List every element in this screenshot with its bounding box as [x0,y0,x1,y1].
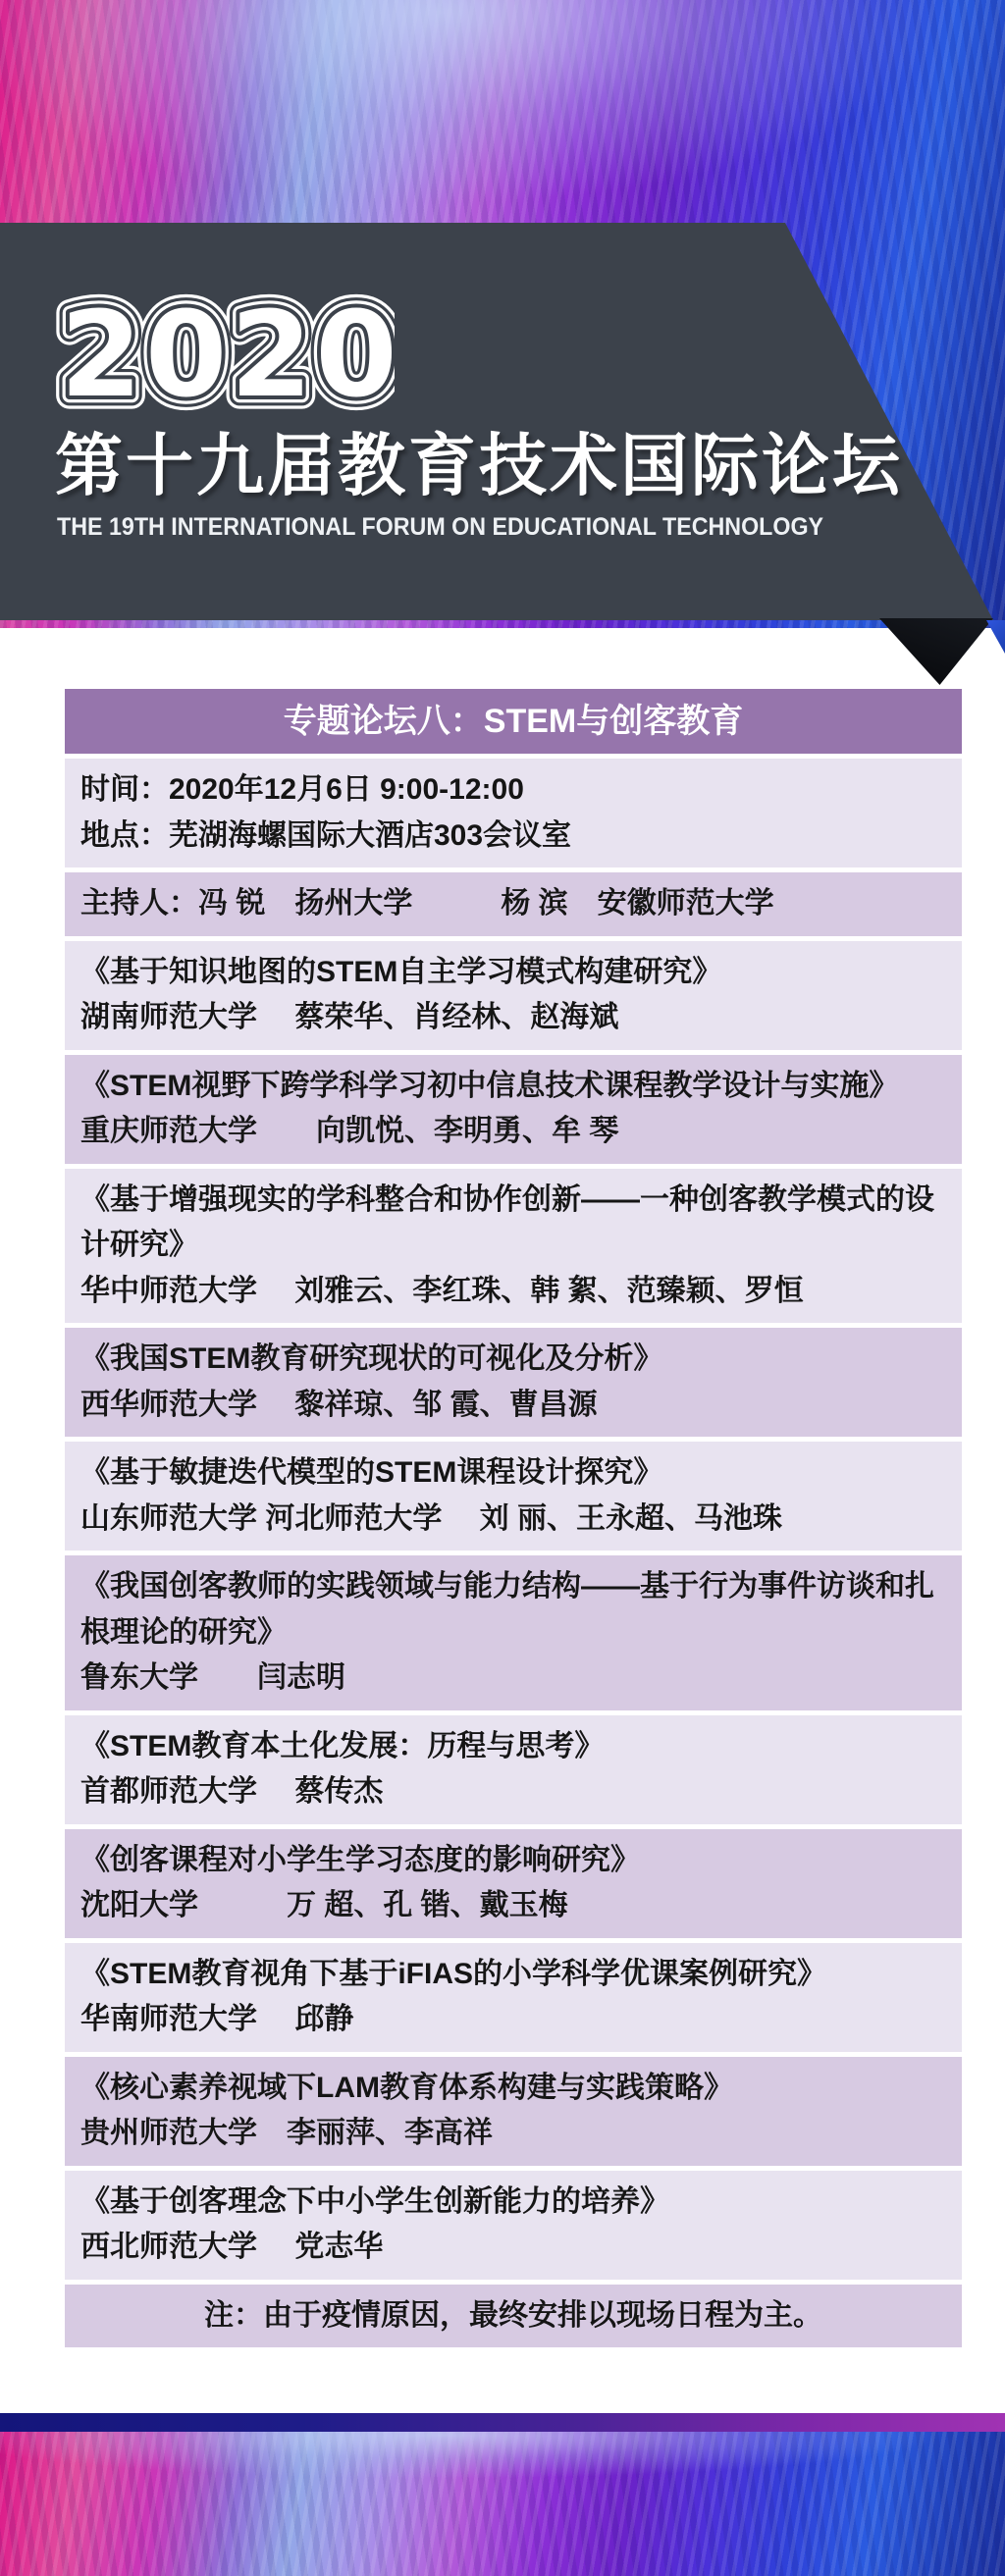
bottom-gradient-bar [0,2413,1005,2432]
session-time: 时间：2020年12月6日 9:00-12:00 [80,767,946,814]
band-fold-shadow [879,618,993,685]
presentation-title: 《基于创客理念下中小学生创新能力的培养》 [80,2180,946,2226]
abstract-art-bottom [0,2432,1005,2576]
presentation-authors: 华南师范大学 邱静 [80,1997,946,2043]
presentation-authors: 西北师范大学 党志华 [80,2225,946,2271]
presentation-authors: 重庆师范大学 向凯悦、李明勇、牟 琴 [80,1109,946,1155]
presentation-title: 《基于增强现实的学科整合和协作创新——一种创客教学模式的设计研究》 [80,1178,946,1269]
forum-title-cn: 第十九届教育技术国际论坛 [55,411,903,508]
presentation-authors: 贵州师范大学 李丽萍、李高祥 [80,2111,946,2157]
presentation-item: 《基于敏捷迭代模型的STEM课程设计探究》 山东师范大学 河北师范大学 刘 丽、… [65,1442,962,1551]
presentation-authors: 华中师范大学 刘雅云、李红珠、韩 絮、范臻颖、罗恒 [80,1269,946,1315]
forum-title-en: THE 19TH INTERNATIONAL FORUM ON EDUCATIO… [57,513,823,542]
presentation-title: 《创客课程对小学生学习态度的影响研究》 [80,1838,946,1884]
presentation-authors: 湖南师范大学 蔡荣华、肖经林、赵海斌 [80,995,946,1041]
poster: 2020 2020 2020 2020 2020 第十九届教育技术国际论坛 TH… [0,0,1005,2576]
session-info: 时间：2020年12月6日 9:00-12:00 地点：芜湖海螺国际大酒店303… [65,759,962,867]
presentation-authors: 沈阳大学 万 超、孔 锴、戴玉梅 [80,1883,946,1929]
presentation-item: 《基于创客理念下中小学生创新能力的培养》 西北师范大学 党志华 [65,2171,962,2280]
presentation-title: 《我国创客教师的实践领域与能力结构——基于行为事件访谈和扎根理论的研究》 [80,1564,946,1656]
presentation-item: 《核心素养视域下LAM教育体系构建与实践策略》 贵州师范大学 李丽萍、李高祥 [65,2057,962,2166]
year-text: 2020 [60,288,395,419]
presentation-authors: 西华师范大学 黎祥琼、邹 霞、曹昌源 [80,1383,946,1429]
note: 注：由于疫情原因，最终安排以现场日程为主。 [65,2285,962,2348]
presentation-title: 《我国STEM教育研究现状的可视化及分析》 [80,1337,946,1383]
presentation-item: 《STEM视野下跨学科学习初中信息技术课程教学设计与实施》 重庆师范大学 向凯悦… [65,1055,962,1164]
presentation-title: 《STEM教育本土化发展：历程与思考》 [80,1724,946,1770]
presentation-item: 《STEM教育本土化发展：历程与思考》 首都师范大学 蔡传杰 [65,1715,962,1824]
session-banner: 专题论坛八：STEM与创客教育 [65,689,962,754]
session-location: 地点：芜湖海螺国际大酒店303会议室 [80,814,946,860]
presentation-title: 《基于敏捷迭代模型的STEM课程设计探究》 [80,1450,946,1497]
presentation-item: 《STEM教育视角下基于iFIAS的小学科学优课案例研究》 华南师范大学 邱静 [65,1943,962,2052]
year-2020-logo: 2020 2020 2020 2020 2020 [49,286,395,419]
session-content: 专题论坛八：STEM与创客教育 时间：2020年12月6日 9:00-12:00… [65,689,962,2347]
presentation-authors: 鲁东大学 闫志明 [80,1656,946,1702]
presentation-item: 《基于增强现实的学科整合和协作创新——一种创客教学模式的设计研究》 华中师范大学… [65,1169,962,1324]
session-host: 主持人：冯 锐 扬州大学 杨 滨 安徽师范大学 [65,872,962,936]
presentation-item: 《创客课程对小学生学习态度的影响研究》 沈阳大学 万 超、孔 锴、戴玉梅 [65,1829,962,1938]
presentation-item: 《基于知识地图的STEM自主学习模式构建研究》 湖南师范大学 蔡荣华、肖经林、赵… [65,941,962,1050]
presentation-item: 《我国STEM教育研究现状的可视化及分析》 西华师范大学 黎祥琼、邹 霞、曹昌源 [65,1328,962,1437]
presentation-title: 《基于知识地图的STEM自主学习模式构建研究》 [80,950,946,996]
presentation-authors: 首都师范大学 蔡传杰 [80,1769,946,1815]
presentation-title: 《STEM教育视角下基于iFIAS的小学科学优课案例研究》 [80,1952,946,1998]
presentation-authors: 山东师范大学 河北师范大学 刘 丽、王永超、马池珠 [80,1497,946,1543]
presentation-title: 《STEM视野下跨学科学习初中信息技术课程教学设计与实施》 [80,1064,946,1110]
presentation-item: 《我国创客教师的实践领域与能力结构——基于行为事件访谈和扎根理论的研究》 鲁东大… [65,1555,962,1710]
presentation-title: 《核心素养视域下LAM教育体系构建与实践策略》 [80,2066,946,2112]
